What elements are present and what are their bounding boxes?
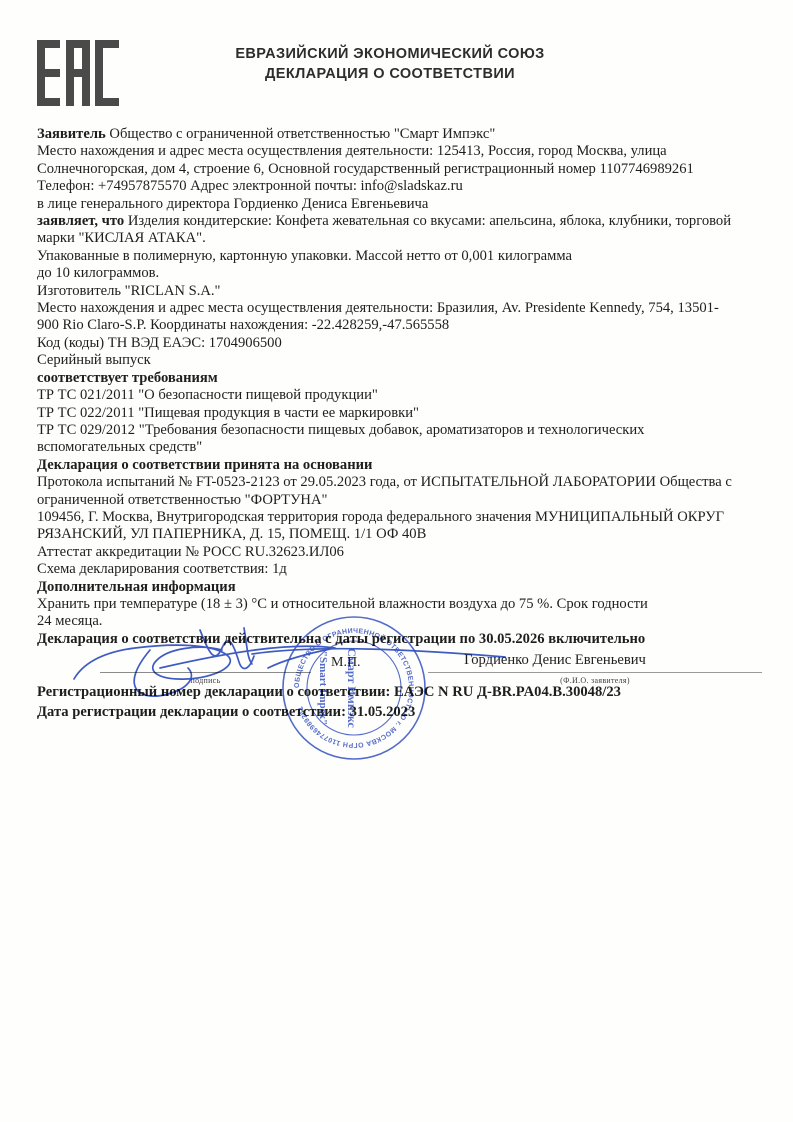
body-line: заявляет, что Изделия кондитерские: Конф… [37, 213, 763, 230]
body-line: 109456, Г. Москва, Внутригородская терри… [37, 509, 763, 526]
body-line: Место нахождения и адрес места осуществл… [37, 300, 763, 317]
body-line: Упакованные в полимерную, картонную упак… [37, 248, 763, 265]
body-line: вспомогательных средств" [37, 439, 763, 456]
body-line: Солнечногорская, дом 4, строение 6, Осно… [37, 161, 763, 178]
declaration-document: ЕВРАЗИЙСКИЙ ЭКОНОМИЧЕСКИЙ СОЮЗ ДЕКЛАРАЦИ… [0, 0, 793, 1122]
document-header: ЕВРАЗИЙСКИЙ ЭКОНОМИЧЕСКИЙ СОЮЗ ДЕКЛАРАЦИ… [37, 44, 743, 84]
body-line: ТР ТС 021/2011 "О безопасности пищевой п… [37, 387, 763, 404]
body-line: ТР ТС 022/2011 "Пищевая продукция в част… [37, 405, 763, 422]
body-line: до 10 килограммов. [37, 265, 763, 282]
body-line: РЯЗАНСКИЙ, УЛ ПАПЕРНИКА, Д. 15, ПОМЕЩ. 1… [37, 526, 763, 543]
stamp-place-label: М.П. [331, 655, 361, 671]
body-line: Хранить при температуре (18 ± 3) °С и от… [37, 596, 763, 613]
body-line: Декларация о соответствии принята на осн… [37, 457, 763, 474]
body-line: соответствует требованиям [37, 370, 763, 387]
body-line: Схема декларирования соответствия: 1д [37, 561, 763, 578]
union-title: ЕВРАЗИЙСКИЙ ЭКОНОМИЧЕСКИЙ СОЮЗ [37, 44, 743, 64]
body-line: Аттестат аккредитации № РОСС RU.32623.ИЛ… [37, 544, 763, 561]
body-line: в лице генерального директора Гордиенко … [37, 196, 763, 213]
applicant-name-line [428, 672, 762, 673]
body-line: Телефон: +74957875570 Адрес электронной … [37, 178, 763, 195]
applicant-name: Гордиенко Денис Евгеньевич [430, 652, 680, 669]
body-line: Код (коды) ТН ВЭД ЕАЭС: 1704906500 [37, 335, 763, 352]
body-line: ограниченной ответственностью "ФОРТУНА" [37, 492, 763, 509]
body-line: Заявитель Общество с ограниченной ответс… [37, 126, 763, 143]
body-line: Изготовитель "RICLAN S.A." [37, 283, 763, 300]
declaration-body: Заявитель Общество с ограниченной ответс… [37, 126, 763, 648]
registration-date: Дата регистрации декларации о соответств… [37, 704, 415, 721]
body-line: Серийный выпуск [37, 352, 763, 369]
body-line: Место нахождения и адрес места осуществл… [37, 143, 763, 160]
body-line: марки "КИСЛАЯ АТАКА". [37, 230, 763, 247]
body-line: 24 месяца. [37, 613, 763, 630]
registration-number: Регистрационный номер декларации о соотв… [37, 684, 621, 701]
body-line: ТР ТС 029/2012 "Требования безопасности … [37, 422, 763, 439]
body-line: Декларация о соответствии действительна … [37, 631, 763, 648]
body-line: Дополнительная информация [37, 579, 763, 596]
body-line: Протокола испытаний № FT-0523-2123 от 29… [37, 474, 763, 491]
body-line: 900 Rio Claro-S.P. Координаты нахождения… [37, 317, 763, 334]
document-type-title: ДЕКЛАРАЦИЯ О СООТВЕТСТВИИ [37, 64, 743, 84]
signature-line [100, 672, 311, 673]
